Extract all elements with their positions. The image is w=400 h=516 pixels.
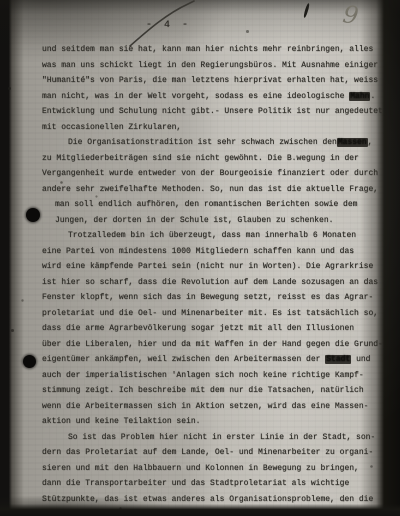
text-line: ist hier so scharf, dass die Revolution … bbox=[42, 275, 392, 291]
text-line: So ist das Problem hier nicht in erster … bbox=[42, 430, 392, 446]
handwritten-page-numeral: 9 bbox=[341, 0, 360, 30]
text-line: Jungen, der dorten in der Schule ist, Gl… bbox=[42, 213, 392, 229]
text-line: wird eine kämpfende Partei sein (nicht n… bbox=[42, 259, 392, 275]
text-line: aktion und keine Teilaktion sein. bbox=[42, 414, 392, 430]
text-line: dass die arme Agrarbevölkerung sogar jet… bbox=[42, 321, 392, 337]
text-segment: , bbox=[368, 138, 373, 147]
text-segment: "Humanité"s von Paris, die man letztens … bbox=[42, 76, 378, 85]
ink-mark bbox=[303, 3, 310, 18]
text-segment: Vergangenheit wurde entweder von der Bou… bbox=[42, 169, 378, 178]
text-segment: man soll endlich aufhören, den romantisc… bbox=[55, 200, 357, 209]
text-segment: man nicht, was in der Welt vorgeht, soda… bbox=[42, 92, 349, 101]
text-segment: dann die Transportarbeiter und das Stadt… bbox=[42, 479, 349, 488]
text-segment: . bbox=[370, 92, 375, 101]
hole-punch-mark bbox=[26, 208, 40, 222]
text-line: proletariat und die Oel- und Minenarbeit… bbox=[42, 306, 392, 322]
scanned-document-page: - 4 - 9 und seitdem man sie hat, kann ma… bbox=[0, 0, 400, 516]
text-segment: und seitdem man sie hat, kann man hier n… bbox=[42, 45, 373, 54]
text-segment: andere sehr zweifelhafte Methoden. So, n… bbox=[42, 185, 378, 194]
overstruck-word: Stadt bbox=[325, 355, 351, 364]
text-segment: Fenster klopft, wenn sich das in Bewegun… bbox=[42, 293, 373, 302]
text-line: stimmung zeigt. Ich beschreibe mit dem n… bbox=[42, 383, 392, 399]
overstruck-word: Mahn bbox=[349, 92, 370, 101]
text-line: "Humanité"s von Paris, die man letztens … bbox=[42, 73, 392, 89]
text-line: wenn die Arbeitermassen sich in Aktion s… bbox=[42, 399, 392, 415]
text-line: dann die Transportarbeiter und das Stadt… bbox=[42, 476, 392, 492]
text-segment: Trotzalledem bin ich überzeugt, dass man… bbox=[68, 231, 356, 240]
text-segment: eigentümer ankämpfen, weil zwischen den … bbox=[42, 355, 325, 364]
text-segment: wenn die Arbeitermassen sich in Aktion s… bbox=[42, 402, 368, 411]
text-segment: Die Organisationstradition ist sehr schw… bbox=[68, 138, 337, 147]
text-segment: dern das Proletariat auf dem Lande, Oel-… bbox=[42, 448, 373, 457]
text-line: Die Organisationstradition ist sehr schw… bbox=[42, 135, 392, 151]
text-line: Trotzalledem bin ich überzeugt, dass man… bbox=[42, 228, 392, 244]
text-segment: was man uns schickt liegt in den Regieru… bbox=[42, 61, 378, 70]
text-segment: mit occasionellen Zirkularen, bbox=[42, 123, 181, 132]
text-line: Entwicklung und Schulung nicht gibt.- Un… bbox=[42, 104, 392, 120]
text-block: und seitdem man sie hat, kann man hier n… bbox=[42, 42, 392, 507]
text-segment: proletariat und die Oel- und Minenarbeit… bbox=[42, 309, 378, 318]
text-line: man soll endlich aufhören, den romantisc… bbox=[42, 197, 392, 213]
text-line: Vergangenheit wurde entweder von der Bou… bbox=[42, 166, 392, 182]
text-segment: sieren und mit den Halbbauern und Kolonn… bbox=[42, 464, 359, 473]
text-segment: Jungen, der dorten in der Schule ist, Gl… bbox=[55, 216, 333, 225]
text-line: dern das Proletariat auf dem Lande, Oel-… bbox=[42, 445, 392, 461]
text-segment: dass die arme Agrarbevölkerung sogar jet… bbox=[42, 324, 354, 333]
overstruck-word: Massen bbox=[337, 138, 368, 147]
text-segment: eine Partei von mindestens 1000 Mitglied… bbox=[42, 247, 354, 256]
text-line: eigentümer ankämpfen, weil zwischen den … bbox=[42, 352, 392, 368]
text-line: sieren und mit den Halbbauern und Kolonn… bbox=[42, 461, 392, 477]
text-line: eine Partei von mindestens 1000 Mitglied… bbox=[42, 244, 392, 260]
text-line: was man uns schickt liegt in den Regieru… bbox=[42, 58, 392, 74]
text-line: mit occasionellen Zirkularen, bbox=[42, 120, 392, 136]
text-segment: So ist das Problem hier nicht in erster … bbox=[68, 433, 375, 442]
text-line: zu Mitgliederbeiträgen sind sie nicht ge… bbox=[42, 151, 392, 167]
text-line: Fenster klopft, wenn sich das in Bewegun… bbox=[42, 290, 392, 306]
paper-speckles bbox=[0, 0, 1, 1]
text-line: über die Liberalen, hier und da mit Waff… bbox=[42, 337, 392, 353]
text-segment: zu Mitgliederbeiträgen sind sie nicht ge… bbox=[42, 154, 359, 163]
scan-shadow-bottom bbox=[0, 504, 400, 516]
text-line: man nicht, was in der Welt vorgeht, soda… bbox=[42, 89, 392, 105]
text-segment: ist hier so scharf, dass die Revolution … bbox=[42, 278, 378, 287]
text-segment: über die Liberalen, hier und da mit Waff… bbox=[42, 340, 383, 349]
text-segment: auch der imperialistischen 'Anlagen sich… bbox=[42, 371, 364, 380]
text-segment: Entwicklung und Schulung nicht gibt.- Un… bbox=[42, 107, 383, 116]
text-line: andere sehr zweifelhafte Methoden. So, n… bbox=[42, 182, 392, 198]
text-segment: aktion und keine Teilaktion sein. bbox=[42, 417, 200, 426]
text-segment: wird eine kämpfende Partei sein (nicht n… bbox=[42, 262, 373, 271]
hole-punch-mark bbox=[23, 355, 36, 368]
text-segment: stimmung zeigt. Ich beschreibe mit dem n… bbox=[42, 386, 364, 395]
text-line: und seitdem man sie hat, kann man hier n… bbox=[42, 42, 392, 58]
text-segment: und bbox=[351, 355, 370, 364]
text-line: auch der imperialistischen 'Anlagen sich… bbox=[42, 368, 392, 384]
